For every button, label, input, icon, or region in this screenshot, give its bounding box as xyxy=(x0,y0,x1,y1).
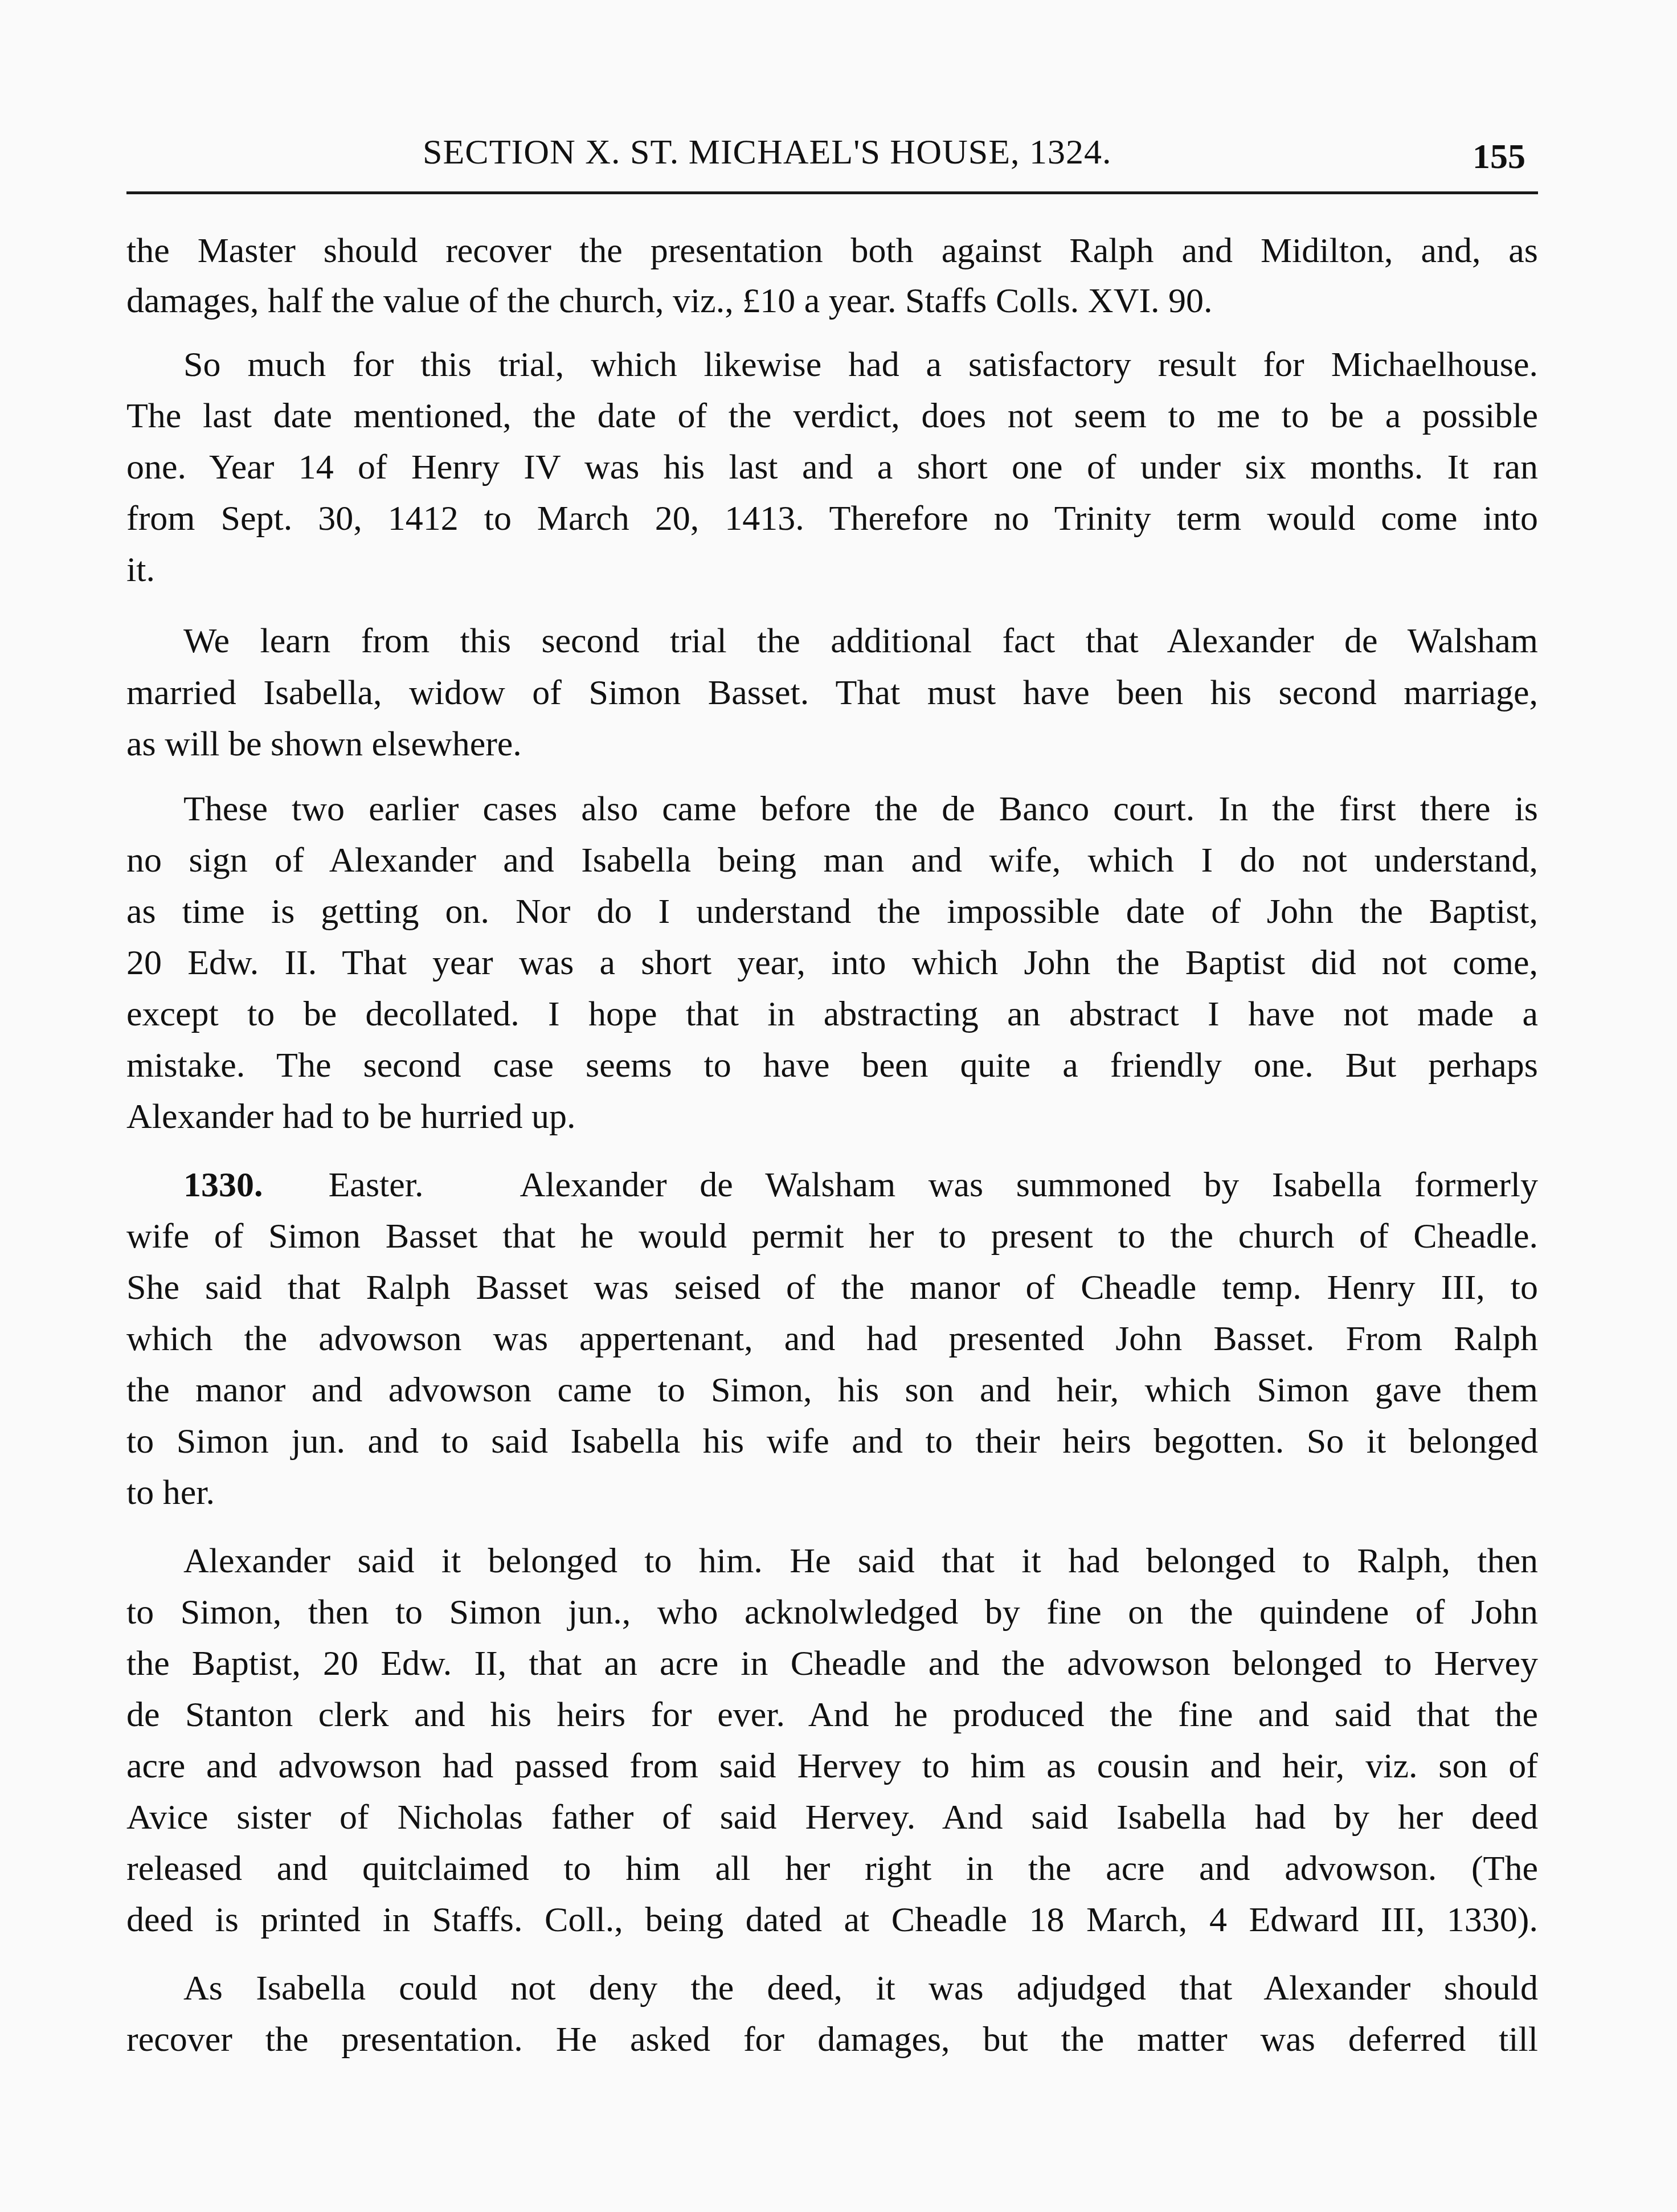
text-line: the Master should recover the presentati… xyxy=(126,228,1538,273)
text-line: one. Year 14 of Henry IV was his last an… xyxy=(126,444,1538,490)
text-line: it. xyxy=(126,547,1538,592)
text-line: from Sept. 30, 1412 to March 20, 1413. T… xyxy=(126,496,1538,541)
text-line: mistake. The second case seems to have b… xyxy=(126,1042,1538,1088)
text-line: 20 Edw. II. That year was a short year, … xyxy=(126,940,1538,986)
text-line: acre and advowson had passed from said H… xyxy=(126,1743,1538,1789)
text-line: as time is getting on. Nor do I understa… xyxy=(126,889,1538,934)
text-line: to her. xyxy=(126,1470,1538,1515)
text-line: She said that Ralph Basset was seised of… xyxy=(126,1265,1538,1310)
text-line: the manor and advowson came to Simon, hi… xyxy=(126,1367,1538,1413)
text-line: except to be decollated. I hope that in … xyxy=(126,991,1538,1037)
text-line: to Simon, then to Simon jun., who acknol… xyxy=(126,1589,1538,1635)
text-line: Alexander said it belonged to him. He sa… xyxy=(183,1538,1538,1584)
text-line: released and quitclaimed to him all her … xyxy=(126,1846,1538,1891)
page-number: 155 xyxy=(1473,137,1525,177)
text-line: As Isabella could not deny the deed, it … xyxy=(183,1965,1538,2011)
text-line: So much for this trial, which likewise h… xyxy=(183,342,1538,387)
text-line: no sign of Alexander and Isabella being … xyxy=(126,837,1538,883)
running-title: SECTION X. ST. MICHAEL'S HOUSE, 1324. xyxy=(423,132,1112,173)
text-line: damages, half the value of the church, v… xyxy=(126,278,1538,324)
text-line: Avice sister of Nicholas father of said … xyxy=(126,1794,1538,1840)
text-line: to Simon jun. and to said Isabella his w… xyxy=(126,1418,1538,1464)
text-line: wife of Simon Basset that he would permi… xyxy=(126,1213,1538,1259)
running-head: SECTION X. ST. MICHAEL'S HOUSE, 1324. 15… xyxy=(126,132,1538,178)
text-line: We learn from this second trial the addi… xyxy=(183,618,1538,664)
text-line: deed is printed in Staffs. Coll., being … xyxy=(126,1897,1538,1943)
text-line: which the advowson was appertenant, and … xyxy=(126,1316,1538,1361)
text-line: married Isabella, widow of Simon Basset.… xyxy=(126,670,1538,715)
header-rule xyxy=(126,191,1538,194)
text-line: These two earlier cases also came before… xyxy=(183,786,1538,832)
document-page: SECTION X. ST. MICHAEL'S HOUSE, 1324. 15… xyxy=(0,0,1677,2212)
text-line: 1330. Easter. Alexander de Walsham was s… xyxy=(183,1162,1538,1208)
year-lead: 1330. xyxy=(183,1162,263,1208)
text-line-rest: Easter. Alexander de Walsham was summone… xyxy=(263,1162,1539,1208)
text-line: de Stanton clerk and his heirs for ever.… xyxy=(126,1692,1538,1737)
text-line: The last date mentioned, the date of the… xyxy=(126,393,1538,439)
text-line: the Baptist, 20 Edw. II, that an acre in… xyxy=(126,1641,1538,1686)
text-line: recover the presentation. He asked for d… xyxy=(126,2017,1538,2062)
text-line: Alexander had to be hurried up. xyxy=(126,1094,1538,1139)
text-line: as will be shown elsewhere. xyxy=(126,721,1538,767)
